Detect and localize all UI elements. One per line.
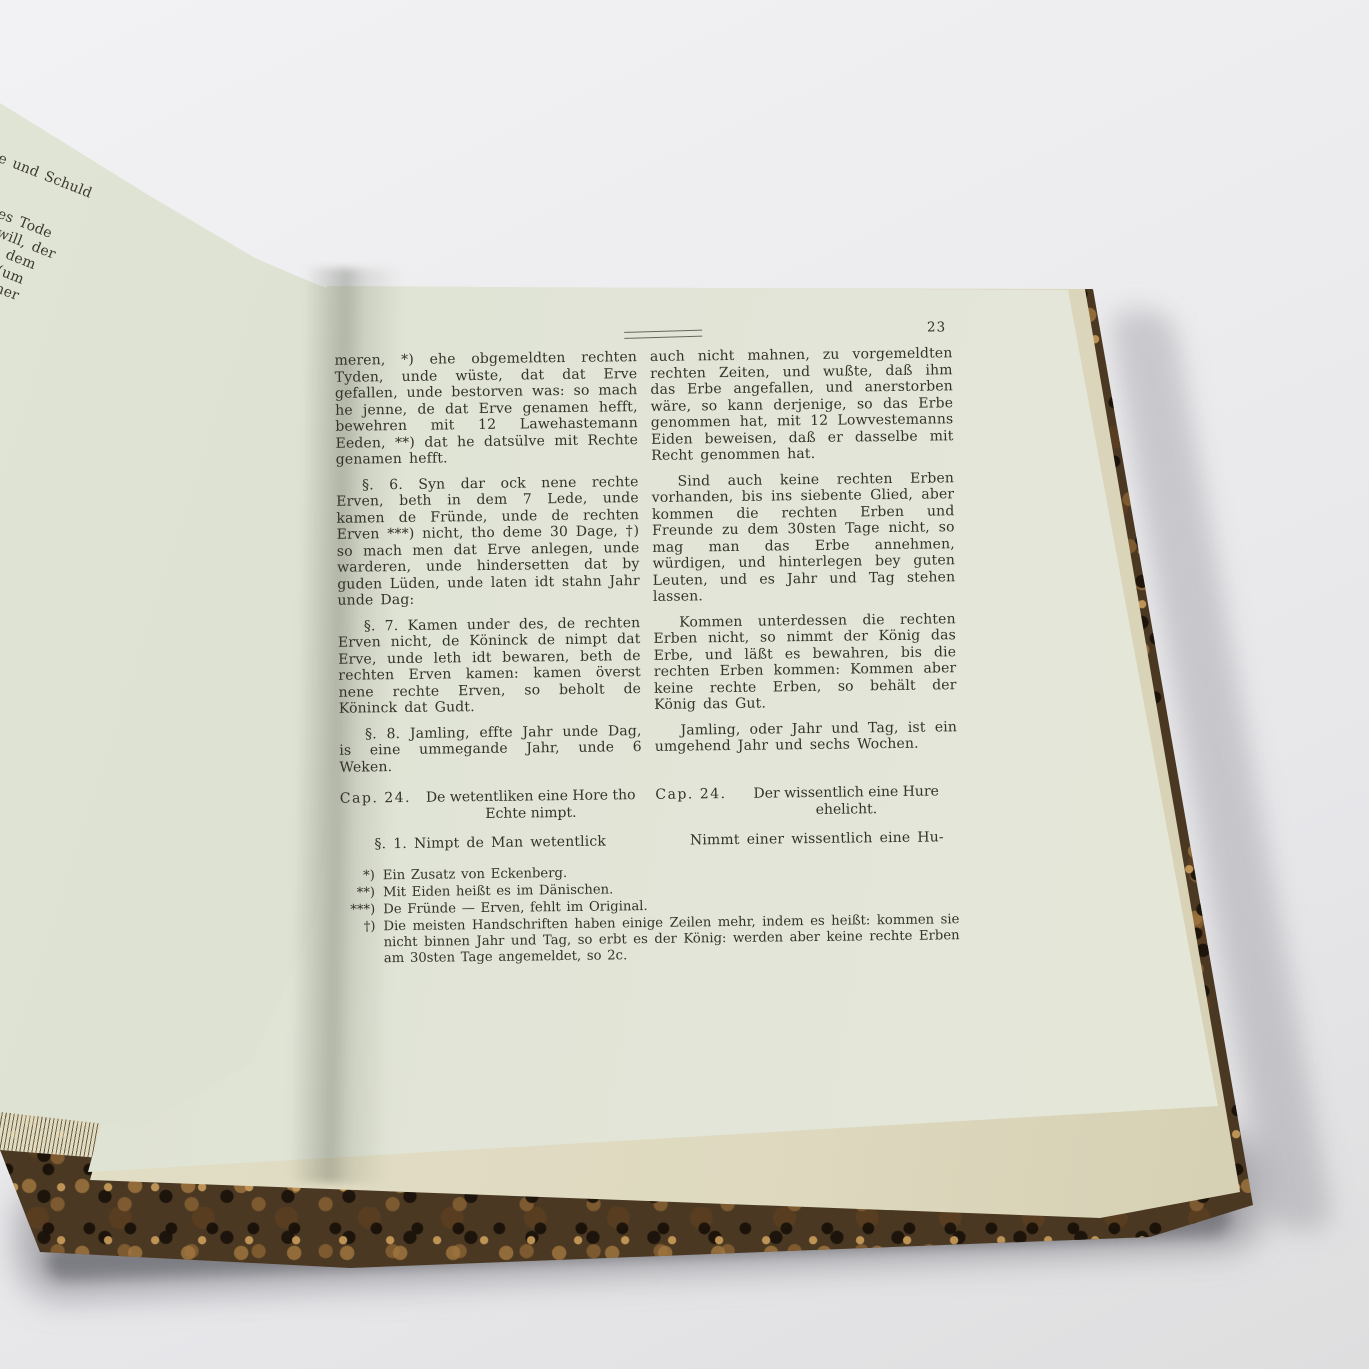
chapter-heading-high-german: Cap. 24. Der wissentlich eine Hure eheli…: [655, 783, 958, 820]
chapter-label: Cap. 24.: [655, 786, 727, 820]
footnote-text: Ein Zusatz von Eckenberg.: [383, 865, 567, 882]
footnote-marker: **): [341, 885, 375, 901]
page-number: 23: [927, 319, 946, 336]
footnote-marker: *): [341, 868, 375, 884]
chapter-label: Cap. 24.: [340, 790, 412, 824]
high-german-paragraph: auch nicht mahnen, zu vorgemeldten recht…: [650, 345, 954, 464]
high-german-paragraph: Sind auch keine rechten Erben vorhanden,…: [651, 470, 955, 606]
low-german-paragraph: §. 8. Jamling, effte Jahr unde Dag, is e…: [339, 723, 642, 776]
chapter-title: De wetentliken eine Hore tho Echte nimpt…: [419, 787, 643, 823]
chapter-24-heading-row: Cap. 24. De wetentliken eine Hore tho Ec…: [340, 783, 958, 824]
paragraph-pair-continuation: meren, *) ehe obgemeldten rechten Tyden,…: [334, 345, 953, 468]
paragraph-pair-section-6: §. 6. Syn dar ock nene rechte Erven, bet…: [336, 470, 956, 610]
book-photo-scene: ————— Cap. 23. Wie man Erbe und Schuld m…: [0, 0, 1369, 1369]
low-german-paragraph: §. 7. Kamen under des, de rechten Erven …: [338, 615, 642, 718]
low-german-paragraph: §. 1. Nimpt de Man wetentlick: [340, 833, 643, 853]
footnote-text: Die meisten Handschriften haben einige Z…: [383, 912, 959, 966]
footnotes-block: *) Ein Zusatz von Eckenberg. **) Mit Eid…: [341, 861, 960, 968]
footnote-marker: †): [341, 919, 375, 935]
chapter-title: Der wissentlich eine Hure ehelicht.: [734, 783, 958, 819]
low-german-paragraph: meren, *) ehe obgemeldten rechten Tyden,…: [334, 349, 638, 468]
chapter-heading-low-german: Cap. 24. De wetentliken eine Hore tho Ec…: [340, 787, 643, 824]
header-rule-ornament: [624, 330, 702, 339]
paragraph-pair-section-1: §. 1. Nimpt de Man wetentlick Nimmt eine…: [340, 829, 958, 853]
footnote: †) Die meisten Handschriften haben einig…: [341, 912, 960, 968]
high-german-paragraph: Jamling, oder Jahr und Tag, ist ein umge…: [654, 719, 957, 772]
high-german-paragraph: Kommen unterdessen die rechten Erben nic…: [653, 611, 957, 714]
footnote-text: De Fründe — Erven, fehlt im Original.: [383, 899, 648, 917]
footnote-marker: ***): [341, 902, 375, 918]
high-german-paragraph: Nimmt einer wissentlich eine Hu-: [656, 829, 959, 849]
paragraph-pair-section-7: §. 7. Kamen under des, de rechten Erven …: [338, 611, 957, 718]
footnote-text: Mit Eiden heißt es im Dänischen.: [383, 882, 613, 900]
right-page-content: 23 meren, *) ehe obgemeldten rechten Tyd…: [334, 318, 960, 967]
low-german-paragraph: §. 6. Syn dar ock nene rechte Erven, bet…: [336, 474, 640, 610]
paragraph-pair-section-8: §. 8. Jamling, effte Jahr unde Dag, is e…: [339, 719, 958, 776]
